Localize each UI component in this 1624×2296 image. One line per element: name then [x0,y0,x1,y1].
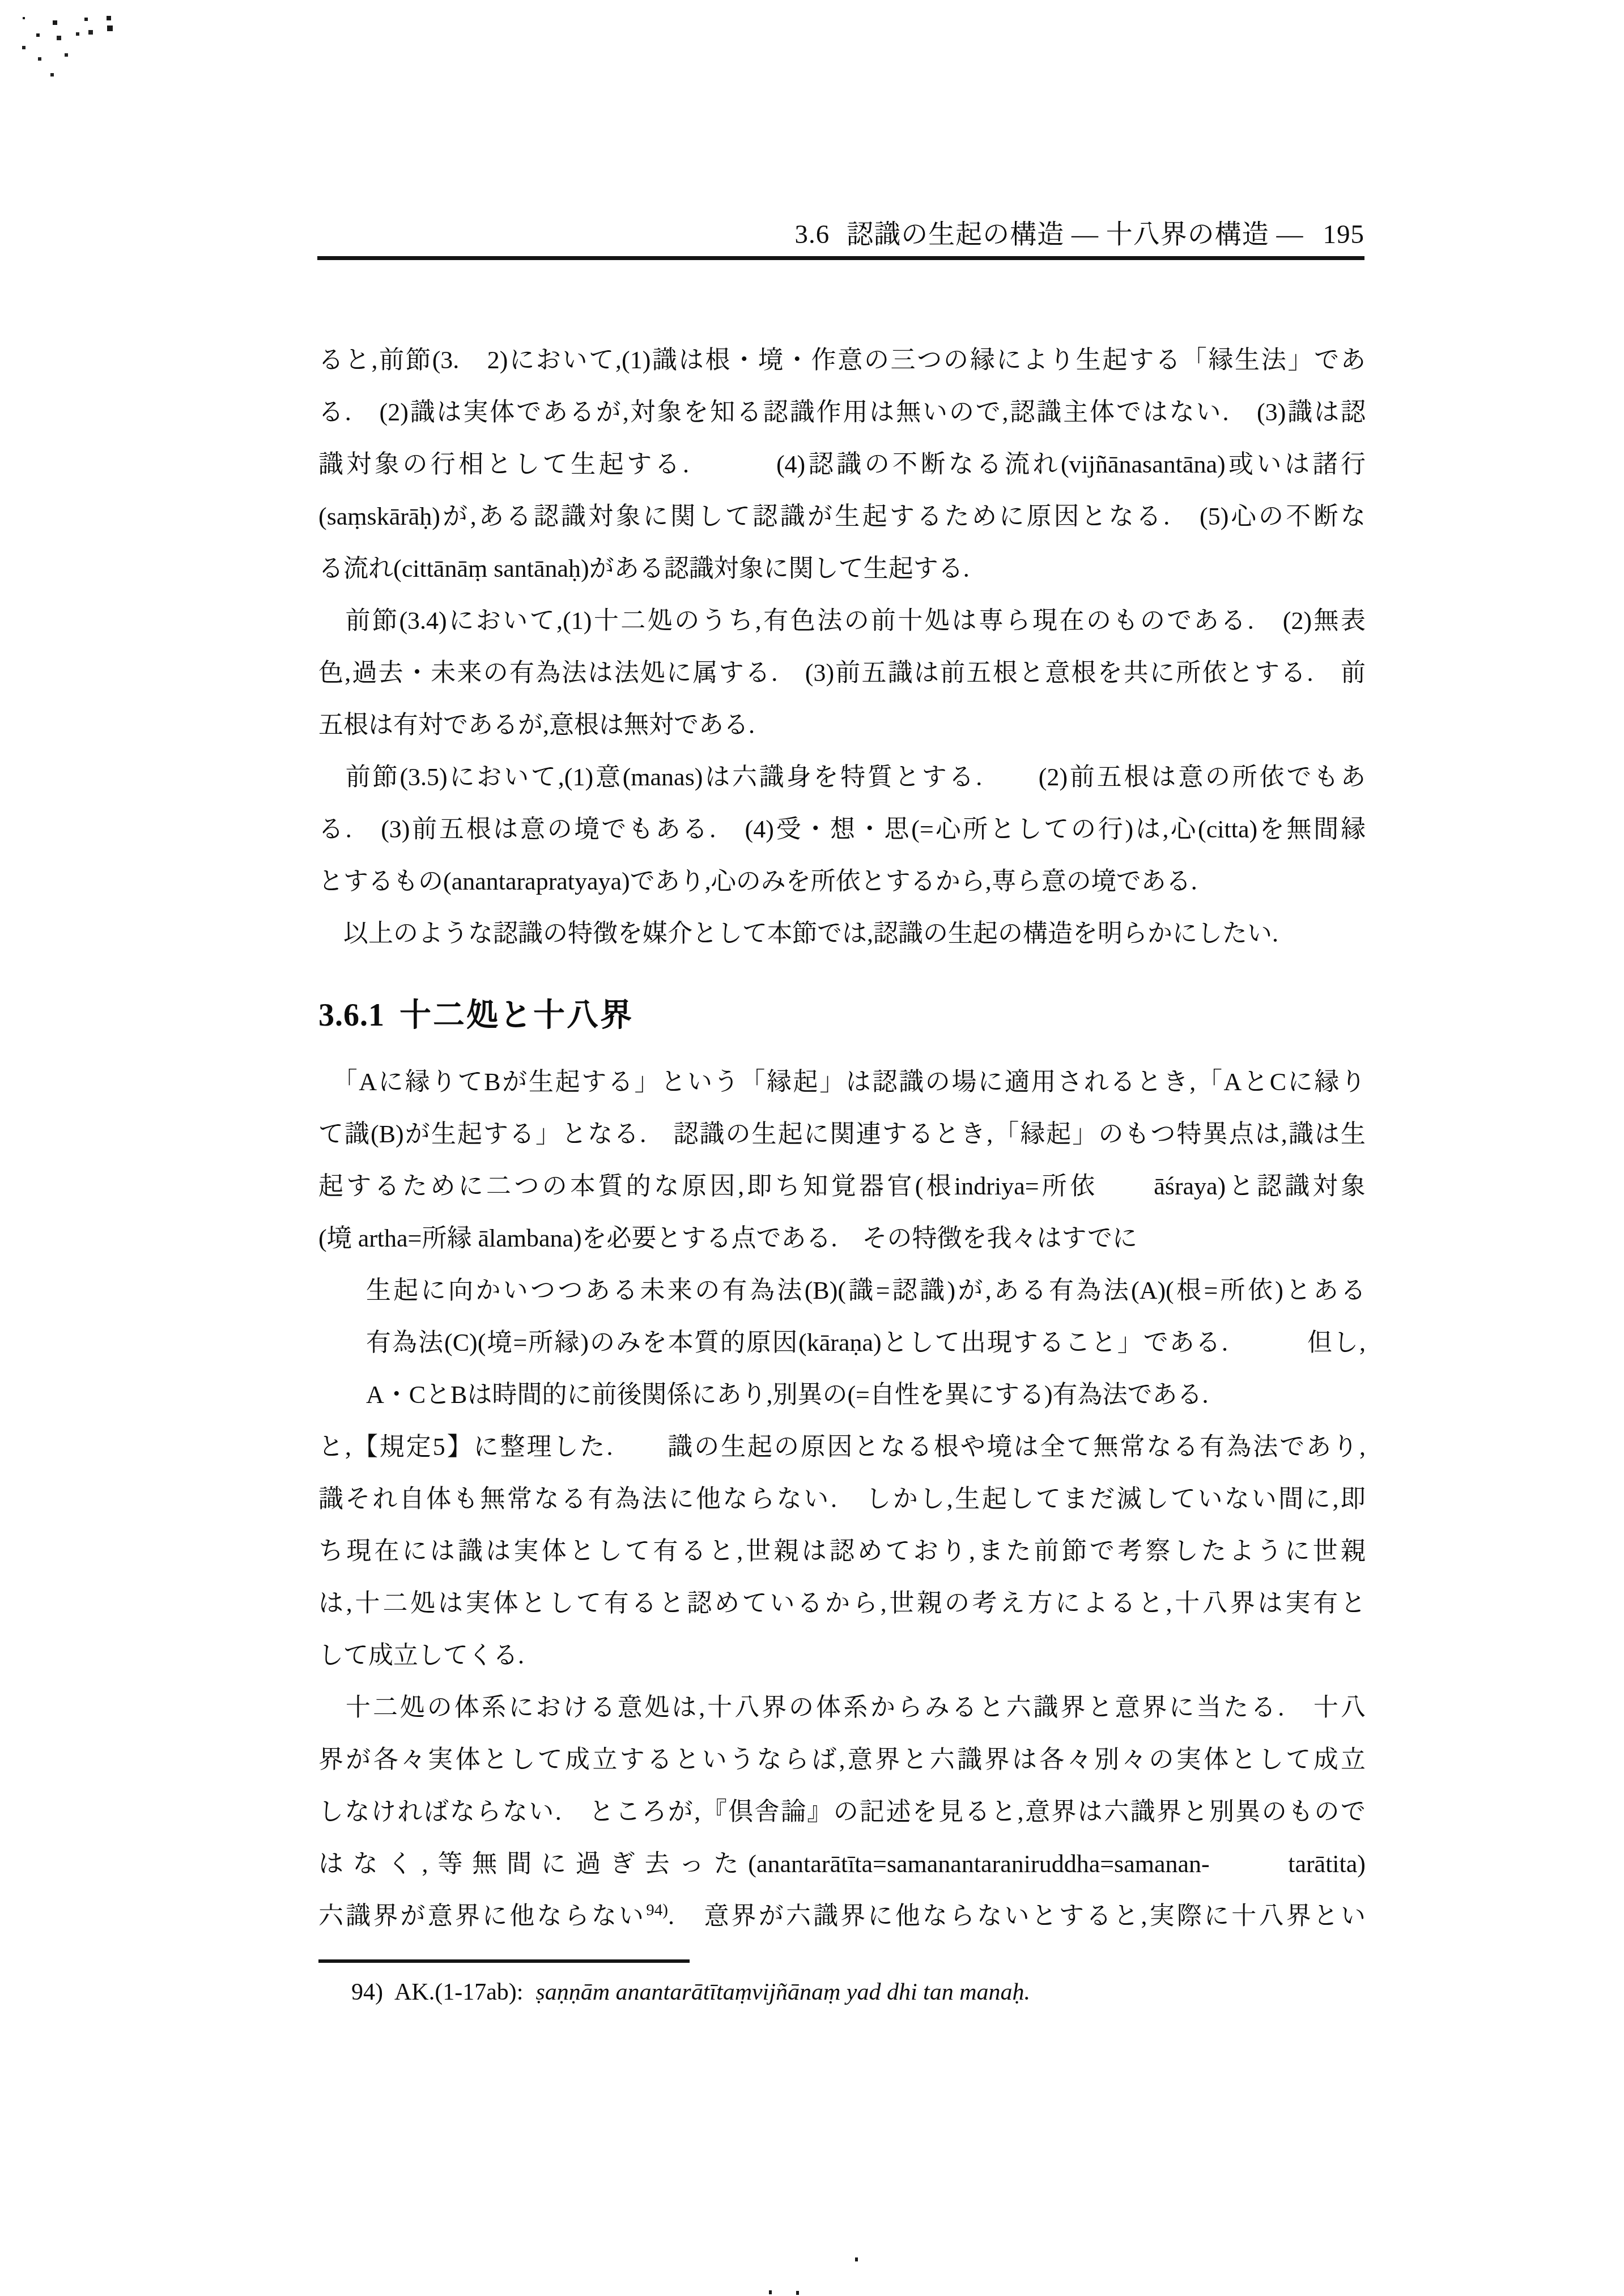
section-title: 十二処と十八界 [399,998,634,1033]
text-line: (境 artha=所縁 ālambana)を必要とする点である. その特徴を我々… [318,1213,1366,1265]
text-line: 界が各々実体として成立するというならば,意界と六識界は各々別々の実体として成立 [318,1734,1366,1786]
text-line: 前節(3.5)において,(1)意(manas)は六識身を特質とする. (2)前五… [318,751,1366,803]
text-line: (saṃskārāḥ)が,ある認識対象に関して認識が生起するために原因となる. … [318,491,1366,543]
page-number: 195 [1323,220,1365,249]
text-line: 十二処の体系における意処は,十八界の体系からみると六識界と意界に当たる. 十八 [318,1682,1366,1734]
block-quote-line: 有為法(C)(境=所縁)のみを本質的原因(kāraṇa)として出現すること」であ… [318,1317,1366,1369]
block-quote-line: 生起に向かいつつある未来の有為法(B)(識=認識)が,ある有為法(A)(根=所依… [318,1265,1366,1317]
text-line: る. (2)識は実体であるが,対象を知る認識作用は無いので,認識主体ではない. … [318,386,1366,439]
text-line: はなく,等無間に過ぎ去った(anantarātīta=samanantarani… [318,1838,1366,1890]
line-text: . 意界が六識界に他ならないとすると,実際に十八界とい [668,1902,1366,1930]
running-header: 3.6認識の生起の構造 ― 十八界の構造 ―195 [318,219,1364,250]
header-title: 認識の生起の構造 ― 十八界の構造 ― [847,220,1303,249]
text-line: 「Aに縁りてBが生起する」という「縁起」は認識の場に適用されるとき,「AとCに縁… [318,1056,1366,1108]
footnote-94: 94)AK.(1-17ab):ṣaṇṇām anantarātītaṃvijñā… [318,1975,1366,2009]
text-line: る流れ(cittānāṃ santānaḥ)がある認識対象に関して生起する. [318,543,1366,595]
text-line: と,【規定5】に整理した. 識の生起の原因となる根や境は全て無常なる有為法であり… [318,1421,1366,1473]
main-text-column: ると,前節(3. 2)において,(1)識は根・境・作意の三つの縁により生起する「… [318,334,1366,2009]
text-line: 前節(3.4)において,(1)十二処のうち,有色法の前十処は専ら現在のものである… [318,595,1366,647]
section-number: 3.6.1 [318,998,385,1033]
header-rule [317,256,1364,260]
text-line: 識対象の行相として生起する. (4)認識の不断なる流れ(vijñānasantā… [318,439,1366,491]
text-line: 五根は有対であるが,意根は無対である. [318,699,1366,751]
text-line: て識(B)が生起する」となる. 認識の生起に関連するとき,「縁起」のもつ特異点は… [318,1108,1366,1160]
text-line: ち現在には識は実体として有ると,世親は認めており,また前節で考察したように世親 [318,1525,1366,1578]
line-text: 六識界が意界に他ならない [318,1902,646,1930]
footnote-sanskrit-citation: ṣaṇṇām anantarātītaṃvijñānaṃ yad dhi tan… [535,1979,1030,2005]
block-quote-line: A・CとBは時間的に前後関係にあり,別異の(=自性を異にする)有為法である. [318,1369,1366,1421]
text-line: ると,前節(3. 2)において,(1)識は根・境・作意の三つの縁により生起する「… [318,334,1366,386]
text-line: 以上のような認識の特徴を媒介として本節では,認識の生起の構造を明らかにしたい. [318,908,1366,960]
text-line: 六識界が意界に他ならない94). 意界が六識界に他ならないとすると,実際に十八界… [318,1890,1366,1942]
footnote-marker: 94) [351,1979,383,2005]
text-line: 識それ自体も無常なる有為法に他ならない. しかし,生起してまだ滅していない間に,… [318,1473,1366,1525]
footnote-ref-94: 94) [646,1901,668,1919]
text-line: 起するために二つの本質的な原因,即ち知覚器官(根indriya=所依 āśray… [318,1160,1366,1213]
footnote-source: AK.(1-17ab): [394,1979,523,2005]
footnote-separator-rule [318,1959,690,1963]
text-line: る. (3)前五根は意の境でもある. (4)受・想・思(=心所としての行)は,心… [318,803,1366,856]
text-line: しなければならない. ところが,『倶舎論』の記述を見ると,意界は六識界と別異のも… [318,1786,1366,1838]
scan-noise-top-left [23,17,25,19]
section-heading: 3.6.1十二処と十八界 [318,989,1366,1041]
text-line: 色,過去・未来の有為法は法処に属する. (3)前五識は前五根と意根を共に所依とす… [318,647,1366,699]
text-line: して成立してくる. [318,1630,1366,1682]
text-line: とするもの(anantarapratyaya)であり,心のみを所依とするから,専… [318,856,1366,908]
text-line: は,十二処は実体として有ると認めているから,世親の考え方によると,十八界は実有と [318,1578,1366,1630]
header-section-number: 3.6 [795,220,830,249]
scanned-book-page: { "header": { "section_no": "3.6", "titl… [0,0,1624,2296]
scan-noise-bottom [769,2290,772,2294]
